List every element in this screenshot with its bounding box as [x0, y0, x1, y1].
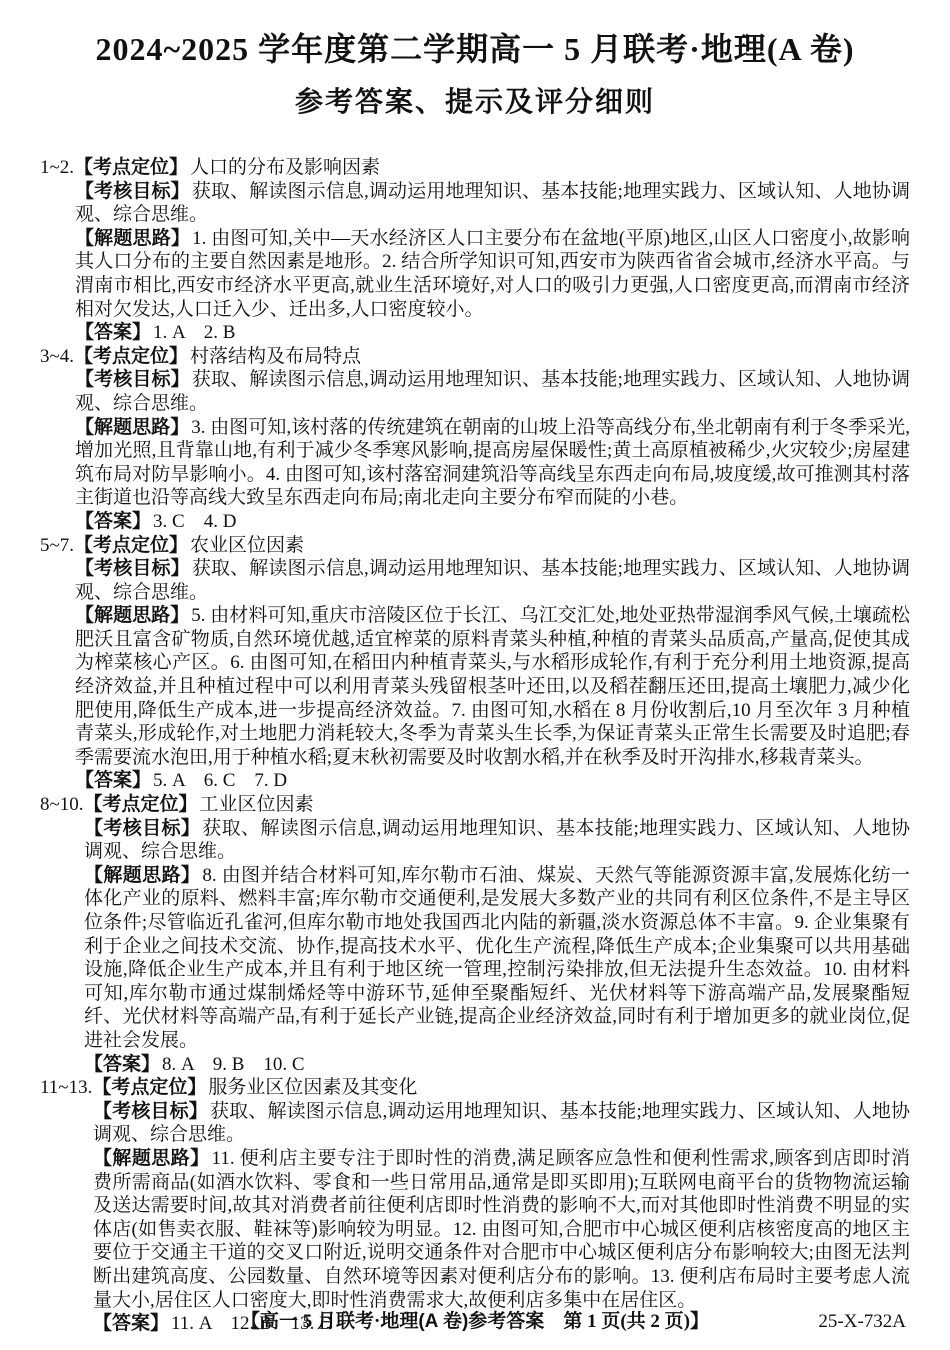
answer-block: 3~4.【考点定位】村落结构及布局特点 — [75, 345, 910, 369]
block-text: 3. C 4. D — [153, 511, 236, 532]
block-label: 【考点定位】 — [74, 346, 190, 367]
question-range: 1~2. — [40, 157, 74, 178]
question-range: 3~4. — [40, 346, 74, 367]
answer-block: 【解题思路】3. 由图可知,该村落的传统建筑在朝南的山坡上沿等高线分布,坐北朝南… — [75, 416, 910, 510]
answer-block: 1~2.【考点定位】人口的分布及影响因素 — [75, 156, 910, 180]
answer-section: 1~2.【考点定位】人口的分布及影响因素【考核目标】获取、解读图示信息,调动运用… — [40, 156, 910, 345]
block-text: 获取、解读图示信息,调动运用地理知识、基本技能;地理实践力、区域认知、人地协调观… — [75, 369, 910, 414]
answer-key-body: 1~2.【考点定位】人口的分布及影响因素【考核目标】获取、解读图示信息,调动运用… — [40, 156, 910, 1336]
answer-block: 5~7.【考点定位】农业区位因素 — [75, 534, 910, 558]
footer-caption-prefix: 【高一 5 月联考· — [241, 1311, 380, 1332]
paper-code: 25-X-732A — [818, 1310, 906, 1334]
answer-block: 【考核目标】获取、解读图示信息,调动运用地理知识、基本技能;地理实践力、区域认知… — [75, 557, 910, 604]
answer-section: 11~13.【考点定位】服务业区位因素及其变化【考核目标】获取、解读图示信息,调… — [40, 1076, 910, 1336]
block-label: 【考核目标】 — [84, 818, 202, 839]
answer-block: 【考核目标】获取、解读图示信息,调动运用地理知识、基本技能;地理实践力、区域认知… — [84, 817, 910, 864]
exam-title: 2024~2025 学年度第二学期高一 5 月联考·地理(A 卷) — [30, 24, 920, 70]
block-label: 【考点定位】 — [74, 157, 190, 178]
block-text: 获取、解读图示信息,调动运用地理知识、基本技能;地理实践力、区域认知、人地协调观… — [84, 818, 910, 863]
block-text: 服务业区位因素及其变化 — [208, 1077, 417, 1098]
answer-block: 【考核目标】获取、解读图示信息,调动运用地理知识、基本技能;地理实践力、区域认知… — [75, 180, 910, 227]
question-range: 11~13. — [40, 1077, 92, 1098]
block-label: 【答案】 — [75, 770, 153, 791]
block-label: 【考核目标】 — [75, 181, 192, 202]
block-label: 【考核目标】 — [75, 558, 192, 579]
block-label: 【解题思路】 — [75, 605, 191, 626]
answer-block: 【解题思路】1. 由图可知,关中—天水经济区人口主要分布在盆地(平原)地区,山区… — [75, 227, 910, 321]
footer-caption-page-number: 第 1 页(共 2 页)】 — [544, 1311, 709, 1332]
block-label: 【考核目标】 — [93, 1101, 210, 1122]
answer-block: 【考核目标】获取、解读图示信息,调动运用地理知识、基本技能;地理实践力、区域认知… — [75, 368, 910, 415]
answer-key-page: 2024~2025 学年度第二学期高一 5 月联考·地理(A 卷) 参考答案、提… — [0, 0, 950, 1350]
answer-block: 【解题思路】5. 由材料可知,重庆市涪陵区位于长江、乌江交汇处,地处亚热带湿润季… — [75, 604, 910, 769]
footer-caption: 【高一 5 月联考·地理(A 卷)参考答案 第 1 页(共 2 页)】 — [0, 1310, 950, 1334]
block-text: 村落结构及布局特点 — [190, 346, 361, 367]
block-text: 1. 由图可知,关中—天水经济区人口主要分布在盆地(平原)地区,山区人口密度小,… — [75, 228, 910, 320]
block-text: 5. A 6. C 7. D — [153, 770, 287, 791]
answer-section: 3~4.【考点定位】村落结构及布局特点【考核目标】获取、解读图示信息,调动运用地… — [40, 345, 910, 534]
answer-block: 【答案】8. A 9. B 10. C — [84, 1053, 910, 1077]
question-range: 5~7. — [40, 535, 74, 556]
block-text: 人口的分布及影响因素 — [190, 157, 380, 178]
block-text: 3. 由图可知,该村落的传统建筑在朝南的山坡上沿等高线分布,坐北朝南有利于冬季采… — [75, 417, 910, 509]
answer-key-subtitle: 参考答案、提示及评分细则 — [30, 80, 920, 120]
answer-block: 8~10.【考点定位】工业区位因素 — [84, 793, 910, 817]
block-text: 农业区位因素 — [190, 535, 304, 556]
answer-block: 【解题思路】11. 便利店主要专注于即时性的消费,满足顾客应急性和便利性需求,顾… — [93, 1147, 910, 1312]
answer-section: 8~10.【考点定位】工业区位因素【考核目标】获取、解读图示信息,调动运用地理知… — [40, 793, 910, 1076]
block-label: 【考核目标】 — [75, 369, 192, 390]
answer-block: 11~13.【考点定位】服务业区位因素及其变化 — [93, 1076, 910, 1100]
block-text: 获取、解读图示信息,调动运用地理知识、基本技能;地理实践力、区域认知、人地协调观… — [75, 181, 910, 226]
block-label: 【解题思路】 — [93, 1148, 212, 1169]
answer-block: 【解题思路】8. 由图并结合材料可知,库尔勒市石油、煤炭、天然气等能源资源丰富,… — [84, 864, 910, 1053]
answer-section: 5~7.【考点定位】农业区位因素【考核目标】获取、解读图示信息,调动运用地理知识… — [40, 534, 910, 794]
answer-block: 【答案】1. A 2. B — [75, 321, 910, 345]
block-text: 8. 由图并结合材料可知,库尔勒市石油、煤炭、天然气等能源资源丰富,发展炼化纺一… — [84, 865, 910, 1051]
block-text: 1. A 2. B — [153, 322, 235, 343]
block-text: 11. 便利店主要专注于即时性的消费,满足顾客应急性和便利性需求,顾客到店即时消… — [93, 1148, 910, 1311]
block-label: 【考点定位】 — [84, 794, 200, 815]
answer-block: 【考核目标】获取、解读图示信息,调动运用地理知识、基本技能;地理实践力、区域认知… — [93, 1100, 910, 1147]
block-label: 【答案】 — [75, 511, 153, 532]
block-label: 【解题思路】 — [84, 865, 202, 886]
block-label: 【答案】 — [84, 1054, 162, 1075]
answer-block: 【答案】3. C 4. D — [75, 510, 910, 534]
block-text: 获取、解读图示信息,调动运用地理知识、基本技能;地理实践力、区域认知、人地协调观… — [75, 558, 910, 603]
block-label: 【考点定位】 — [92, 1077, 208, 1098]
page-footer: 【高一 5 月联考·地理(A 卷)参考答案 第 1 页(共 2 页)】 25-X… — [0, 1310, 950, 1334]
block-text: 获取、解读图示信息,调动运用地理知识、基本技能;地理实践力、区域认知、人地协调观… — [93, 1101, 910, 1146]
footer-caption-exam-name: 地理(A 卷)参考答案 — [380, 1311, 544, 1332]
block-label: 【考点定位】 — [74, 535, 190, 556]
block-text: 工业区位因素 — [200, 794, 314, 815]
block-label: 【解题思路】 — [75, 228, 192, 249]
answer-block: 【答案】5. A 6. C 7. D — [75, 769, 910, 793]
block-text: 8. A 9. B 10. C — [162, 1054, 305, 1075]
block-label: 【答案】 — [75, 322, 153, 343]
question-range: 8~10. — [40, 794, 84, 815]
block-text: 5. 由材料可知,重庆市涪陵区位于长江、乌江交汇处,地处亚热带湿润季风气候,土壤… — [75, 605, 910, 768]
block-label: 【解题思路】 — [75, 417, 191, 438]
